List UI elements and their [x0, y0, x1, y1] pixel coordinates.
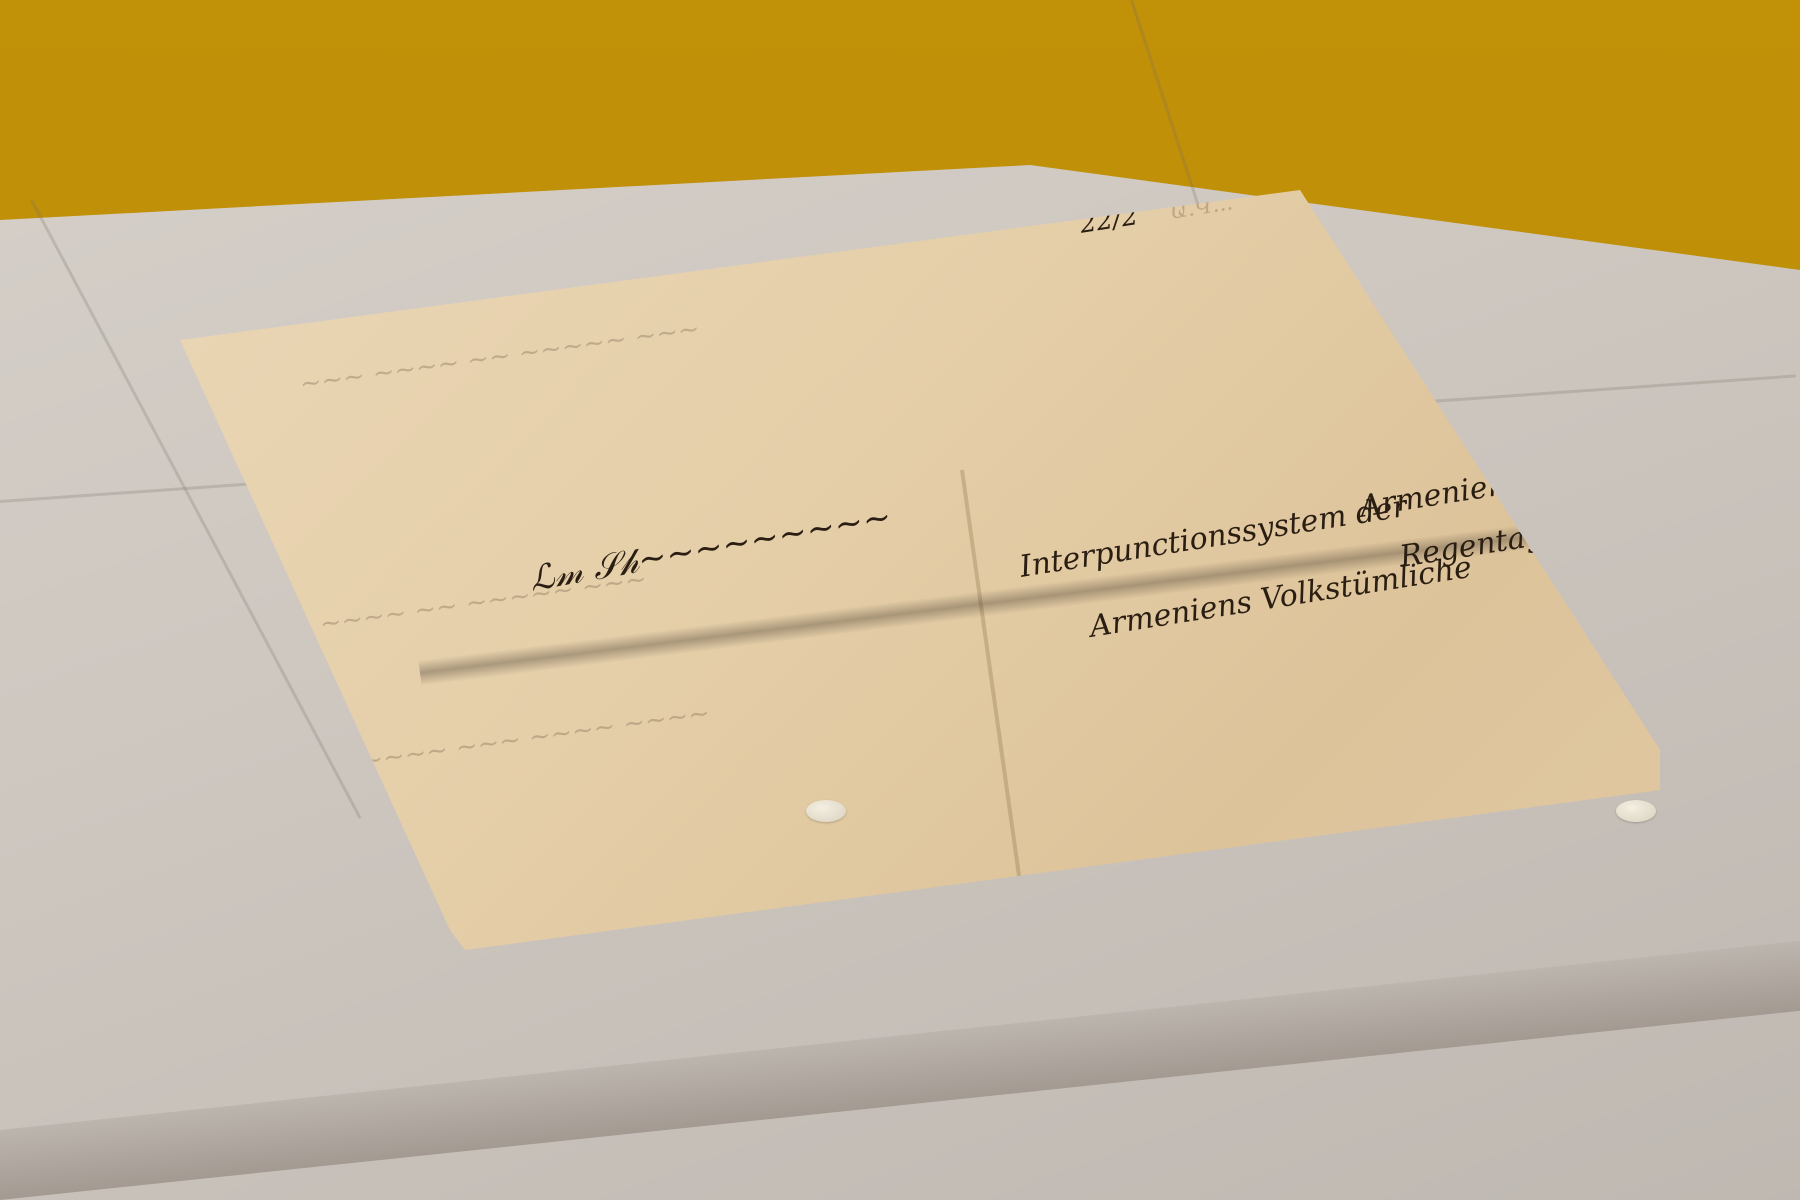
faded-line: ~~~ ~~~~ ~~ ~~~~~ ~~~ [298, 314, 702, 400]
line-armenier: Armenier [1357, 468, 1504, 525]
faded-line: ~~~~~ ~~~ ~~~~ ~~~~ [338, 698, 712, 780]
display-pin [806, 800, 846, 822]
signature: ℒ𝓂 𝒮𝒽~~~~~~~~~ [527, 497, 895, 600]
display-pin [1616, 800, 1656, 822]
